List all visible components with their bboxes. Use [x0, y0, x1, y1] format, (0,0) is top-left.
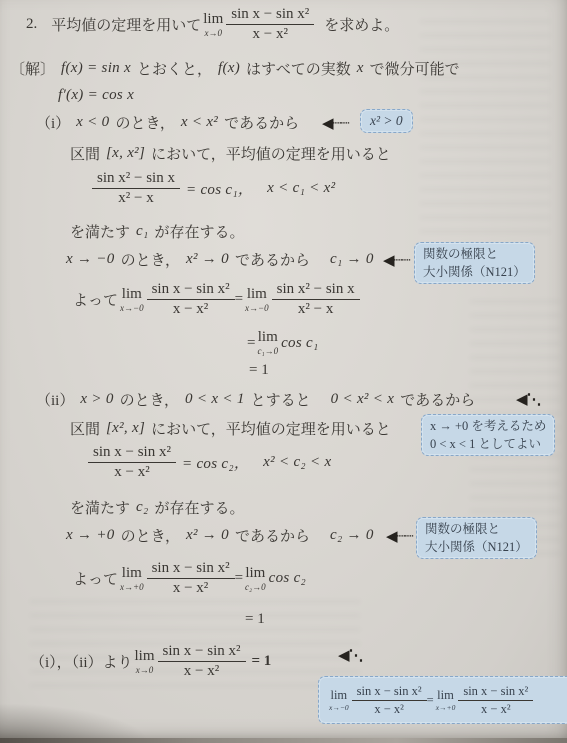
jp-text: のとき，: [121, 249, 180, 270]
math-expr: x² < c₂ < x: [263, 454, 331, 471]
page-edge: [0, 738, 567, 743]
fraction-main: sin x − sin x² x − x²: [226, 6, 314, 44]
callout-arrow-icon: ◀┈┈: [322, 114, 349, 133]
case2-label: （ii）: [36, 389, 74, 410]
textbook-page: 2. 平均値の定理を用いて lim x→0 sin x − sin x² x −…: [0, 0, 567, 743]
case1-mvt-equation: sin x² − sin x x² − x = cos c₁， x < c₁ <…: [92, 170, 335, 208]
final-answer: = 1: [252, 653, 272, 670]
equals-sign: =: [247, 335, 255, 352]
case1-interval-line: 区間 [x, x²] において，平均値の定理を用いると: [70, 143, 391, 164]
jp-text: であるから: [235, 249, 310, 270]
problem-tail-text: を求めよ。: [324, 14, 399, 35]
jp-text: を満たす: [70, 497, 130, 518]
limit-operator: lim x→−0: [245, 287, 269, 313]
math-expr: c₂ → 0: [330, 527, 374, 544]
callout-arrow-icon: ◀⋱: [338, 646, 363, 665]
math-expr: = cos c₂，: [182, 452, 249, 473]
annotation-line: 大小関係（N121）: [425, 538, 528, 556]
math-expr: 0 < x² < x: [331, 391, 395, 408]
jp-text: が存在する。: [155, 497, 245, 518]
callout-arrow-icon: ◀⋱: [516, 390, 541, 409]
jp-text: において，平均値の定理を用いると: [151, 418, 391, 439]
fraction-main: sin x − sin x² x − x²: [147, 560, 235, 598]
jp-text: とおくと，: [137, 58, 212, 79]
math-expr: x < x²: [181, 114, 218, 131]
math-expr: x < 0: [76, 114, 109, 131]
bleed-through-artifact: [420, 20, 550, 240]
jp-text: のとき，: [121, 525, 180, 546]
problem-statement: 2. 平均値の定理を用いて lim x→0 sin x − sin x² x −…: [26, 6, 399, 44]
limit-operator: lim x→−0: [120, 287, 144, 313]
jp-text: であるから: [235, 525, 310, 546]
jp-text: において，平均値の定理を用いると: [151, 143, 391, 164]
fraction-main: sin x − sin x² x − x²: [88, 444, 176, 482]
page-shadow: [0, 703, 150, 743]
case1-label: （i）: [36, 112, 70, 133]
conclusion-label: （i），（ii）より: [30, 651, 133, 672]
math-expr: = cos c₁，: [186, 178, 253, 199]
problem-lead-text: 平均値の定理を用いて: [51, 14, 201, 35]
math-expr: x: [357, 60, 364, 77]
case2-result-line: = 1: [245, 611, 265, 628]
math-expr: x² → 0: [186, 251, 229, 268]
math-expr: c₁ → 0: [330, 251, 374, 268]
case2-header: （ii） x > 0 のとき， 0 < x < 1 とすると 0 < x² < …: [36, 389, 475, 410]
jp-text: で微分可能で: [370, 58, 460, 79]
solution-intro: 〔解〕 f(x) = sin x とおくと， f(x) はすべての実数 x で微…: [10, 58, 460, 79]
annotation-box-positive-approach: x → +0 を考えるため 0 < x < 1 としてよい: [421, 414, 555, 456]
jp-text: であるから: [224, 112, 299, 133]
math-expr: [x, x²]: [106, 145, 145, 162]
case1-cos-limit-line: = lim c₁→0 cos c₁: [247, 330, 319, 356]
conclusion-line: （i），（ii）より lim x→0 sin x − sin x² x − x²…: [30, 643, 271, 681]
jp-text: のとき，: [115, 112, 174, 133]
case2-exists-line: を満たす c₂ が存在する。: [70, 497, 245, 518]
jp-text: よって: [73, 289, 118, 310]
equals-sign: =: [235, 570, 243, 587]
equals-sign: =: [235, 291, 243, 308]
annotation-box-limit-order-1: 関数の極限と 大小関係（N121）: [414, 242, 535, 284]
math-expr: cos c₂: [269, 570, 306, 587]
annotation-box-x2-positive: x² > 0: [360, 109, 413, 133]
jp-text: 区間: [70, 143, 100, 164]
math-expr: = 1: [245, 611, 265, 628]
solution-tag: 〔解〕: [10, 58, 55, 79]
fraction-main: sin x − sin x² x − x²: [158, 643, 246, 681]
math-expr: [x², x]: [106, 420, 145, 437]
fraction-reversed: sin x² − sin x x² − x: [92, 170, 180, 208]
annotation-line: 0 < x < 1 としてよい: [430, 435, 546, 453]
jp-text: はすべての実数: [246, 58, 351, 79]
annotation-line: 関数の極限と: [425, 520, 528, 538]
math-expr: x → +0: [66, 527, 115, 544]
annotation-line: 大小関係（N121）: [423, 263, 526, 281]
math-expr: f(x) = sin x: [61, 60, 131, 77]
derivative-line: f′(x) = cos x: [58, 87, 134, 104]
limit-operator: lim c₁→0: [257, 330, 278, 356]
fraction-main: sin x − sin x² x − x²: [147, 281, 235, 319]
case2-interval-line: 区間 [x², x] において，平均値の定理を用いると: [70, 418, 391, 439]
math-expr: x < c₁ < x²: [267, 180, 335, 197]
annotation-line: x → +0 を考えるため: [430, 417, 546, 435]
math-expr: c₂: [136, 499, 148, 516]
math-expr: = 1: [249, 362, 269, 379]
math-expr: f(x): [218, 60, 240, 77]
fraction-reversed: sin x² − sin x x² − x: [272, 281, 360, 319]
case1-therefore-equation: よって lim x→−0 sin x − sin x² x − x² = lim…: [73, 281, 360, 319]
case1-exists-line: を満たす c₁ が存在する。: [70, 221, 245, 242]
limit-operator: lim x→−0: [329, 689, 349, 711]
math-expr: cos c₁: [281, 335, 318, 352]
math-expr: 0 < x < 1: [185, 391, 245, 408]
limit-operator: lim x→+0: [120, 566, 144, 592]
limit-operator: lim c₂→0: [245, 566, 266, 592]
equals-sign: =: [427, 691, 434, 709]
case2-mvt-equation: sin x − sin x² x − x² = cos c₂， x² < c₂ …: [88, 444, 331, 482]
math-expr: x > 0: [80, 391, 113, 408]
fraction-main: sin x − sin x² x − x²: [458, 684, 533, 716]
jp-text: とすると: [251, 389, 311, 410]
jp-text: が存在する。: [155, 221, 245, 242]
callout-arrow-icon: ◀┈┈: [386, 527, 413, 546]
limit-operator: lim x→+0: [436, 689, 456, 711]
math-expr: x → −0: [66, 251, 115, 268]
annotation-box-limit-equality: lim x→−0 sin x − sin x² x − x² = lim x→+…: [318, 676, 567, 724]
annotation-box-limit-order-2: 関数の極限と 大小関係（N121）: [416, 517, 537, 559]
case1-header: （i） x < 0 のとき， x < x² であるから: [36, 112, 299, 133]
fraction-main: sin x − sin x² x − x²: [352, 684, 427, 716]
jp-text: よって: [73, 568, 118, 589]
math-expr: x² → 0: [186, 527, 229, 544]
annotation-line: 関数の極限と: [423, 245, 526, 263]
jp-text: を満たす: [70, 221, 130, 242]
limit-operator: lim x→0: [203, 12, 223, 38]
jp-text: であるから: [400, 389, 475, 410]
limit-operator: lim x→0: [135, 649, 155, 675]
callout-arrow-icon: ◀┈┈: [383, 251, 410, 270]
jp-text: のとき，: [120, 389, 179, 410]
problem-number: 2.: [26, 16, 37, 33]
math-expr: c₁: [136, 223, 148, 240]
math-expr: f′(x) = cos x: [58, 87, 134, 104]
case1-result-line: = 1: [249, 362, 269, 379]
case2-limit-line: x → +0 のとき， x² → 0 であるから c₂ → 0: [66, 525, 374, 546]
case1-limit-line: x → −0 のとき， x² → 0 であるから c₁ → 0: [66, 249, 374, 270]
jp-text: 区間: [70, 418, 100, 439]
case2-therefore-equation: よって lim x→+0 sin x − sin x² x − x² = lim…: [73, 560, 306, 598]
